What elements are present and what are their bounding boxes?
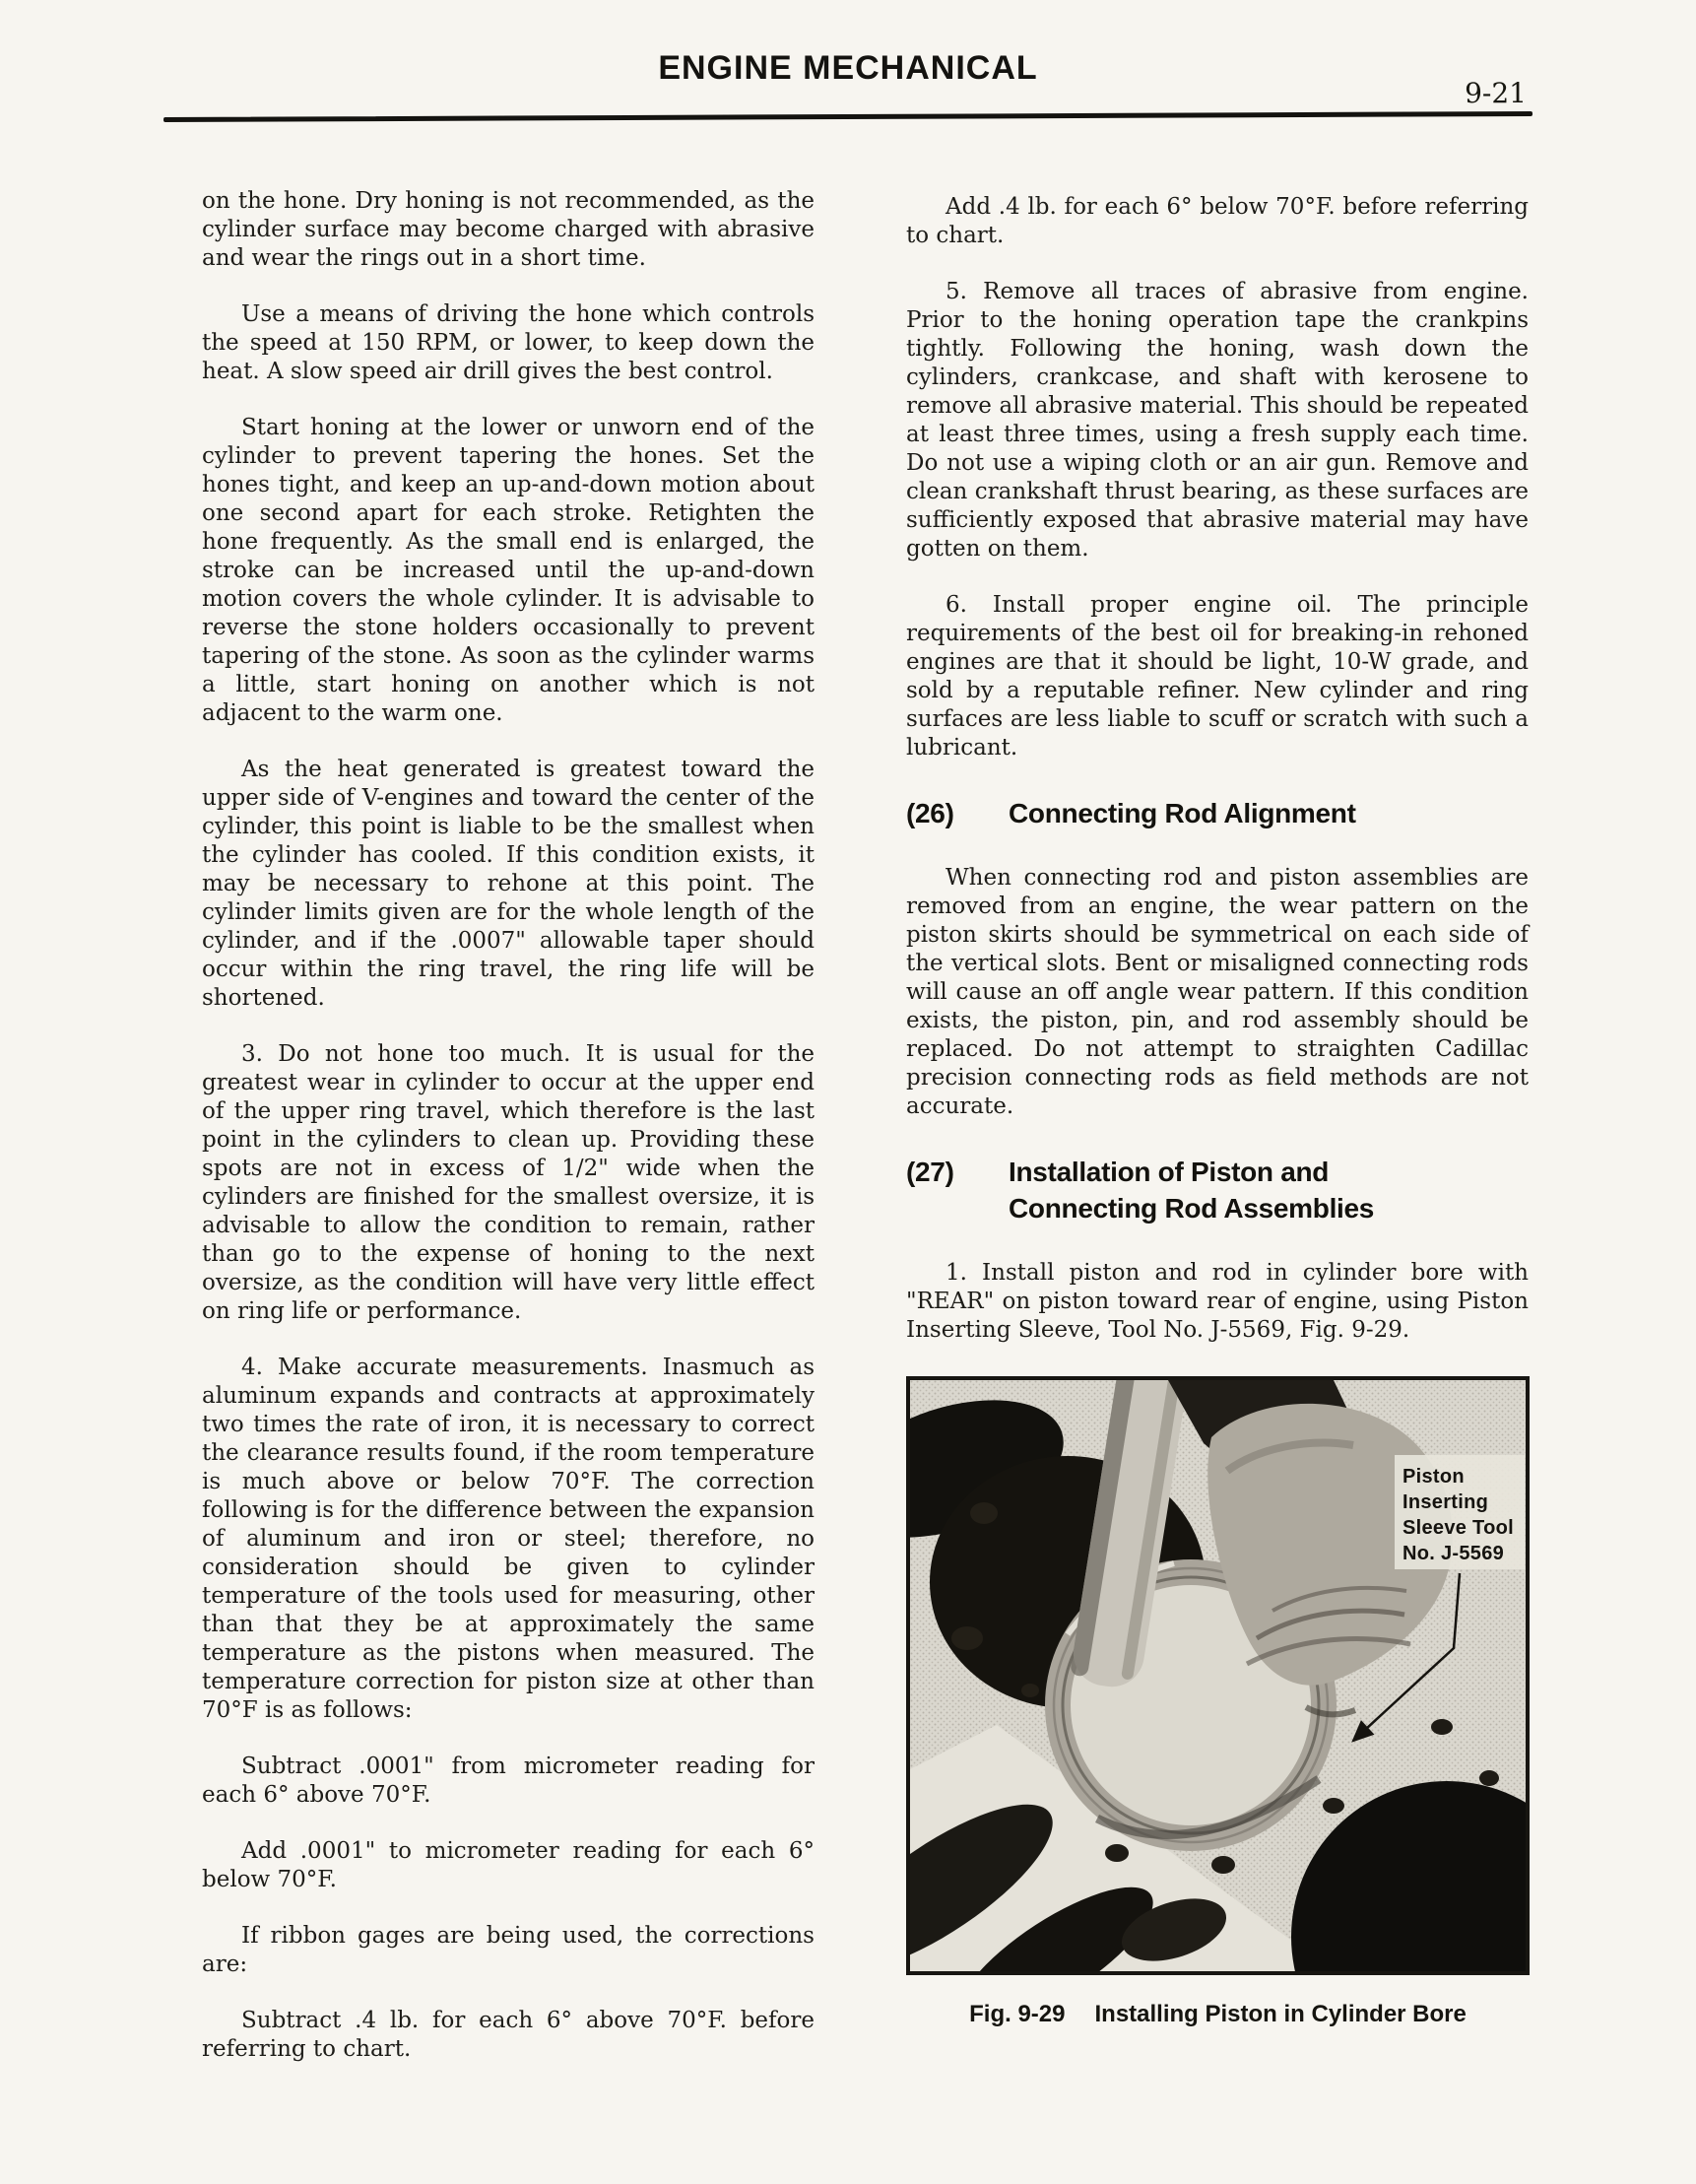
piston-installation-photo: Piston Inserting Sleeve Tool No. J-5569	[906, 1376, 1530, 1975]
paragraph: When connecting rod and piston assemblie…	[906, 864, 1529, 1121]
paragraph: Subtract .0001" from micrometer reading …	[202, 1753, 815, 1810]
section-title: Connecting Rod Alignment	[1009, 796, 1356, 832]
paragraph: Subtract .4 lb. for each 6° above 70°F. …	[202, 2007, 815, 2064]
paragraph: Use a means of driving the hone which co…	[202, 300, 815, 386]
page-number: 9-21	[1465, 77, 1527, 109]
figure-caption-text: Installing Piston in Cylinder Bore	[1094, 2001, 1466, 2027]
figure-label-line: Piston	[1402, 1466, 1465, 1488]
figure-9-29: Piston Inserting Sleeve Tool No. J-5569 …	[906, 1376, 1530, 2028]
paragraph: If ribbon gages are being used, the corr…	[202, 1922, 815, 1979]
bolt-hole	[1431, 1719, 1453, 1735]
photo-illustration: Piston Inserting Sleeve Tool No. J-5569	[910, 1380, 1526, 1971]
figure-label-line: Sleeve Tool	[1402, 1517, 1514, 1539]
bolt-hole	[1211, 1856, 1235, 1874]
bolt-hole	[951, 1626, 983, 1650]
figure-caption: Fig. 9-29Installing Piston in Cylinder B…	[906, 2001, 1530, 2028]
paragraph: 3. Do not hone too much. It is usual for…	[202, 1040, 815, 1326]
paragraph: 6. Install proper engine oil. The princi…	[906, 591, 1529, 762]
section-number: (27)	[906, 1155, 1009, 1227]
paragraph: 1. Install piston and rod in cylinder bo…	[906, 1259, 1529, 1345]
section-heading-26: (26) Connecting Rod Alignment	[906, 796, 1529, 832]
figure-label-line: Inserting	[1402, 1491, 1488, 1513]
paragraph: on the hone. Dry honing is not recommend…	[202, 187, 815, 273]
paragraph: Start honing at the lower or unworn end …	[202, 414, 815, 728]
section-number: (26)	[906, 796, 1009, 832]
manual-page: ENGINE MECHANICAL 9-21 on the hone. Dry …	[0, 0, 1696, 2184]
paragraph: 4. Make accurate measurements. Inasmuch …	[202, 1354, 815, 1725]
page-title: ENGINE MECHANICAL	[0, 49, 1696, 88]
bolt-hole	[1479, 1770, 1499, 1786]
paragraph: 5. Remove all traces of abrasive from en…	[906, 278, 1529, 563]
paragraph: Add .0001" to micrometer reading for eac…	[202, 1837, 815, 1894]
paragraph: Add .4 lb. for each 6° below 70°F. befor…	[906, 193, 1529, 250]
bolt-hole	[1105, 1844, 1129, 1862]
figure-label-line: No. J-5569	[1402, 1543, 1504, 1564]
header-rule	[163, 111, 1533, 122]
bolt-hole	[970, 1502, 998, 1524]
figure-caption-number: Fig. 9-29	[969, 2001, 1065, 2027]
bolt-hole	[1323, 1798, 1344, 1814]
right-column: Add .4 lb. for each 6° below 70°F. befor…	[906, 193, 1529, 2028]
bolt-hole	[1021, 1684, 1039, 1697]
left-column: on the hone. Dry honing is not recommend…	[202, 187, 815, 2091]
paragraph: As the heat generated is greatest toward…	[202, 756, 815, 1013]
section-title: Installation of Piston and Connecting Ro…	[1009, 1155, 1374, 1227]
section-heading-27: (27) Installation of Piston and Connecti…	[906, 1155, 1529, 1227]
